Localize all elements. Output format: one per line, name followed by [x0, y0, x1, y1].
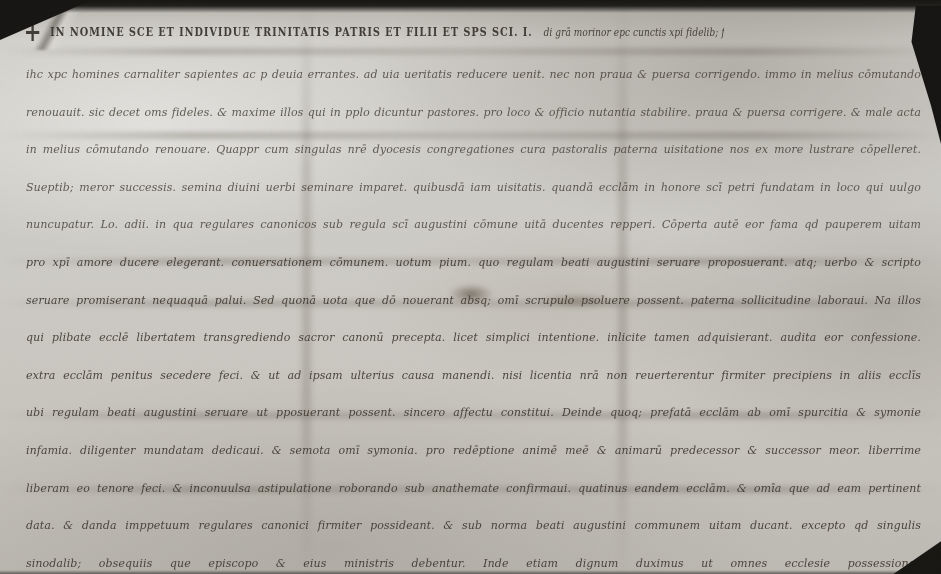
- manuscript-line: seruare promiserant nequaquā palui. Sed …: [26, 282, 921, 320]
- parchment: IN NOMINE SCE ET INDIVIDUE TRINITATIS PA…: [0, 0, 941, 574]
- photo-edge-top: [0, 0, 941, 13]
- manuscript-line: liberam eo tenore feci. & inconuulsa ast…: [26, 470, 921, 508]
- invocation-continuation: di grā morinor epc cunctis xpi fidelib; …: [544, 8, 725, 56]
- manuscript-line: infamia. diligenter mundatam dedicaui. &…: [26, 432, 921, 470]
- manuscript-line: pro xpī amore ducere elegerant. conuersa…: [26, 244, 921, 282]
- manuscript-line: extra ecclām penitus secedere feci. & ut…: [26, 357, 921, 395]
- manuscript-line: renouauit. sic decet oms fideles. & maxi…: [26, 94, 921, 132]
- manuscript-line: data. & danda imppetuum regulares canoni…: [26, 507, 921, 545]
- manuscript-line: qui plibate ecclē libertatem transgredie…: [26, 319, 921, 357]
- manuscript-line: ihc xpc homines carnaliter sapientes ac …: [26, 56, 921, 94]
- manuscript-line: Sueptib; meror successis. semina diuini …: [26, 169, 921, 207]
- invocation-capitals: IN NOMINE SCE ET INDIVIDUE TRINITATIS PA…: [50, 8, 532, 56]
- manuscript-line: nuncupatur. Lo. adii. in qua regulares c…: [26, 206, 921, 244]
- manuscript-photograph: IN NOMINE SCE ET INDIVIDUE TRINITATIS PA…: [0, 0, 941, 574]
- manuscript-line: in melius cōmutando renouare. Quappr cum…: [26, 131, 921, 169]
- manuscript-line: ubi regulam beati augustini seruare ut p…: [26, 394, 921, 432]
- photo-edge-bottom: [0, 570, 941, 574]
- charter-text: IN NOMINE SCE ET INDIVIDUE TRINITATIS PA…: [26, 8, 921, 574]
- invocation-line: IN NOMINE SCE ET INDIVIDUE TRINITATIS PA…: [26, 8, 724, 56]
